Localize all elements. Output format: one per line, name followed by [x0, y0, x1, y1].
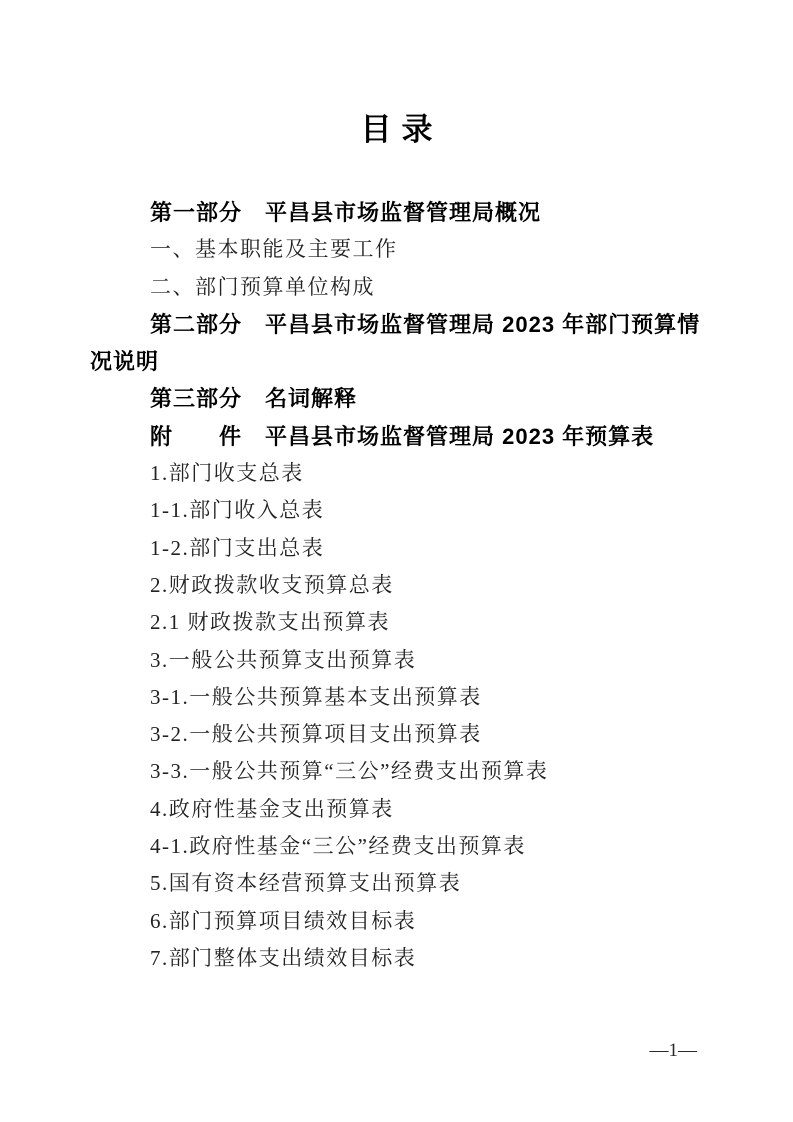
toc-entry-table-6: 6.部门预算项目绩效目标表 — [90, 903, 710, 940]
toc-entry-table-3: 3.一般公共预算支出预算表 — [90, 642, 710, 679]
toc-entry-table-3-1: 3-1.一般公共预算基本支出预算表 — [90, 679, 710, 716]
toc-entry-appendix: 附 件 平昌县市场监督管理局 2023 年预算表 — [90, 418, 710, 455]
toc-entry-part3: 第三部分 名词解释 — [90, 380, 710, 417]
toc-entry-table-4-1: 4-1.政府性基金“三公”经费支出预算表 — [90, 828, 710, 865]
toc-entry-part1: 第一部分 平昌县市场监督管理局概况 — [90, 194, 710, 231]
toc-entry-table-4: 4.政府性基金支出预算表 — [90, 791, 710, 828]
toc-entry-table-7: 7.部门整体支出绩效目标表 — [90, 940, 710, 977]
toc-entry-table-3-3: 3-3.一般公共预算“三公”经费支出预算表 — [90, 753, 710, 790]
toc-entry-units: 二、部门预算单位构成 — [90, 269, 710, 306]
toc-entry-duties: 一、基本职能及主要工作 — [90, 231, 710, 268]
page-title: 目录 — [0, 108, 793, 152]
toc-entry-table-2-1: 2.1 财政拨款支出预算表 — [90, 604, 710, 641]
toc-entry-table-2: 2.财政拨款收支预算总表 — [90, 567, 710, 604]
toc-entry-table-1-2: 1-2.部门支出总表 — [90, 530, 710, 567]
toc-entry-table-5: 5.国有资本经营预算支出预算表 — [90, 865, 710, 902]
page-number: —1— — [650, 1040, 698, 1062]
document-page: 目录 第一部分 平昌县市场监督管理局概况 一、基本职能及主要工作 二、部门预算单… — [0, 0, 793, 1122]
toc-entry-table-1: 1.部门收支总表 — [90, 455, 710, 492]
table-of-contents: 第一部分 平昌县市场监督管理局概况 一、基本职能及主要工作 二、部门预算单位构成… — [90, 194, 710, 977]
toc-entry-part2: 第二部分 平昌县市场监督管理局 2023 年部门预算情况说明 — [90, 306, 710, 381]
toc-entry-table-3-2: 3-2.一般公共预算项目支出预算表 — [90, 716, 710, 753]
toc-entry-table-1-1: 1-1.部门收入总表 — [90, 492, 710, 529]
